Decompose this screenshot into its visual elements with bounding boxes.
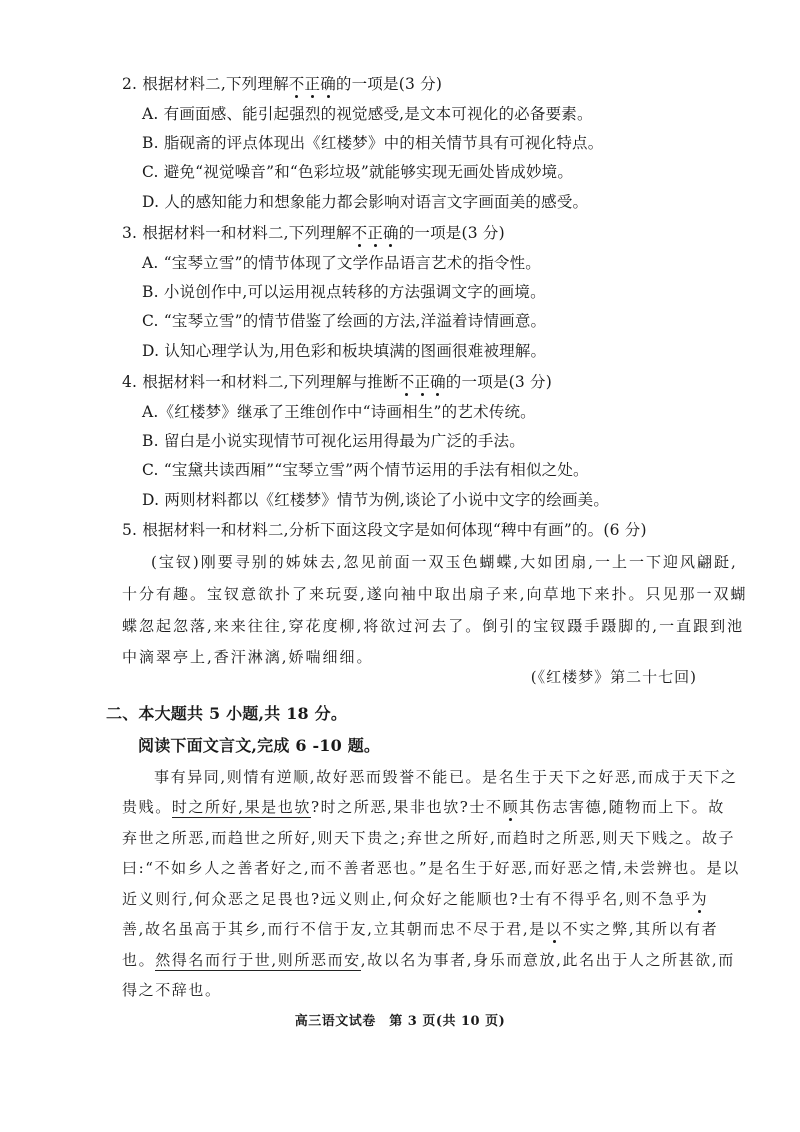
emphasis-char: 确 [320,75,336,93]
question-4-option-b: B. 留白是小说实现情节可视化运用得最为广泛的手法。 [142,431,525,451]
question-4-option-a: A.《红楼梦》继承了王维创作中“诗画相生”的艺术传统。 [142,402,536,422]
text-segment: 弃世之所恶,而趋世之所好,则天下贵之;弃世之所好,而趋时之所恶,则天下贱之。故子 [122,829,735,847]
exam-page: 2. 根据材料二,下列理解不正确的一项是(3 分) A. 有画面感、能引起强烈的… [0,0,800,1132]
excerpt-line-4: 中滴翠亭上,香汗淋漓,娇喘细细。 [122,647,374,667]
question-2-option-d: D. 人的感知能力和想象能力都会影响对语言文字画面美的感受。 [142,192,588,212]
page-footer: 高三语文试卷 第 3 页(共 10 页) [0,1012,800,1032]
question-3-option-a: A. “宝琴立雪”的情节体现了文学作品语言艺术的指令性。 [142,253,541,273]
question-number: 5. [122,521,137,539]
emphasis-char: 以 [546,920,563,938]
emphasis-char: 确 [383,224,399,242]
excerpt-source: (《红楼梦》第二十七回) [531,667,697,687]
question-2-stem: 2. 根据材料二,下列理解不正确的一项是(3 分) [122,74,442,94]
emphasis-char: 为 [692,890,709,908]
question-2-option-b: B. 脂砚斋的评点体现出《红楼梦》中的相关情节具有可视化特点。 [142,133,603,153]
question-3-stem: 3. 根据材料一和材料二,下列理解不正确的一项是(3 分) [122,223,505,243]
question-4-stem: 4. 根据材料一和材料二,下列理解与推断不正确的一项是(3 分) [122,372,552,392]
underlined-sentence: 时之所好,果是也欤 [172,798,311,818]
section-2-instruction: 阅读下面文言文,完成 6 -10 题。 [138,736,380,756]
text-segment: 善,故名虽高于其乡,而行不信于友,立其朝而忠不尽于君,是 [122,920,546,938]
text-segment: ?时之所恶,果非也欤?士不 [311,798,503,816]
classical-text-line-7: 也。然得名而行于世,则所恶而安,故以名为事者,身乐而意放,此名出于人之所甚欲,而 [122,950,735,970]
stem-text: 根据材料一和材料二,下列理解 [142,224,351,242]
stem-text: 的一项是(3 分) [446,373,552,391]
text-segment: 曰:“不如乡人之善者好之,而不善者恶也。”是名生于好恶,而好恶之情,未尝辨也。是… [122,859,740,877]
text-segment: 得之不辞也。 [122,981,222,999]
question-2-option-c: C. 避免“视觉噪音”和“色彩垃圾”就能够实现无画处皆成妙境。 [142,162,573,182]
emphasis-char: 正 [367,224,383,242]
classical-text-line-1: 事有异同,则情有逆顺,故好恶而毁誉不能已。是名生于天下之好恶,而成于天下之 [154,767,738,787]
classical-text-line-8: 得之不辞也。 [122,980,222,1000]
text-segment: 近义则行,何众恶之足畏也?远义则止,何众好之能顺也?士有不得乎名,则不急乎 [122,890,692,908]
stem-text: 的一项是(3 分) [336,75,442,93]
text-segment: 不实之弊,其所以有者 [562,920,718,938]
classical-text-line-5: 近义则行,何众恶之足畏也?远义则止,何众好之能顺也?士有不得乎名,则不急乎为 [122,889,708,909]
section-2-heading: 二、本大题共 5 小题,共 18 分。 [106,704,347,724]
classical-text-line-6: 善,故名虽高于其乡,而行不信于友,立其朝而忠不尽于君,是以不实之弊,其所以有者 [122,919,718,939]
question-4-option-d: D. 两则材料都以《红楼梦》情节为例,谈论了小说中文字的绘画美。 [142,490,609,510]
underlined-sentence: 然得名而行于世,则所恶而安 [155,951,361,971]
question-number: 2. [122,75,137,93]
emphasis-char: 正 [414,373,430,391]
text-segment: ,故以名为事者,身乐而意放,此名出于人之所甚欲,而 [361,951,735,969]
question-3-option-b: B. 小说创作中,可以运用视点转移的方法强调文字的画境。 [142,282,546,302]
question-3-option-c: C. “宝琴立雪”的情节借鉴了绘画的方法,洋溢着诗情画意。 [142,311,546,331]
question-5-stem: 5. 根据材料一和材料二,分析下面这段文字是如何体现“稗中有画”的。(6 分) [122,520,647,540]
emphasis-char: 不 [352,224,368,242]
question-4-option-c: C. “宝黛共读西厢”“宝琴立雪”两个情节运用的手法有相似之处。 [142,460,589,480]
emphasis-char: 确 [430,373,446,391]
text-segment: 也。 [122,951,155,969]
classical-text-line-3: 弃世之所恶,而趋世之所好,则天下贵之;弃世之所好,而趋时之所恶,则天下贱之。故子 [122,828,735,848]
emphasis-char: 正 [304,75,320,93]
excerpt-line-2: 十分有趣。宝钗意欲扑了来玩耍,遂向袖中取出扇子来,向草地下来扑。只见那一双蝴 [122,584,748,604]
emphasis-char: 不 [289,75,305,93]
text-segment: 事有异同,则情有逆顺,故好恶而毁誉不能已。是名生于天下之好恶,而成于天下之 [154,768,738,786]
classical-text-line-2: 贵贱。时之所好,果是也欤?时之所恶,果非也欤?士不顾其伤志害德,随物而上下。故 [122,797,725,817]
question-3-option-d: D. 认知心理学认为,用色彩和板块填满的图画很难被理解。 [142,341,546,361]
excerpt-line-1: (宝钗)刚要寻别的姊妹去,忽见前面一双玉色蝴蝶,大如团扇,一上一下迎风翩跹, [151,552,738,572]
question-2-option-a: A. 有画面感、能引起强烈的视觉感受,是文本可视化的必备要素。 [142,104,593,124]
emphasis-char: 顾 [503,798,520,816]
stem-text: 的一项是(3 分) [399,224,505,242]
excerpt-line-3: 蝶忽起忽落,来来往往,穿花度柳,将欲过河去了。倒引的宝钗蹑手蹑脚的,一直跟到池 [122,616,744,636]
emphasis-char: 不 [399,373,415,391]
text-segment: 贵贱。 [122,798,172,816]
stem-text: 根据材料一和材料二,下列理解与推断 [142,373,398,391]
stem-text: 根据材料二,下列理解 [142,75,288,93]
question-number: 4. [122,373,137,391]
text-segment: 其伤志害德,随物而上下。故 [519,798,725,816]
classical-text-line-4: 曰:“不如乡人之善者好之,而不善者恶也。”是名生于好恶,而好恶之情,未尝辨也。是… [122,858,740,878]
question-number: 3. [122,224,137,242]
stem-text: 根据材料一和材料二,分析下面这段文字是如何体现“稗中有画”的。(6 分) [142,521,646,539]
